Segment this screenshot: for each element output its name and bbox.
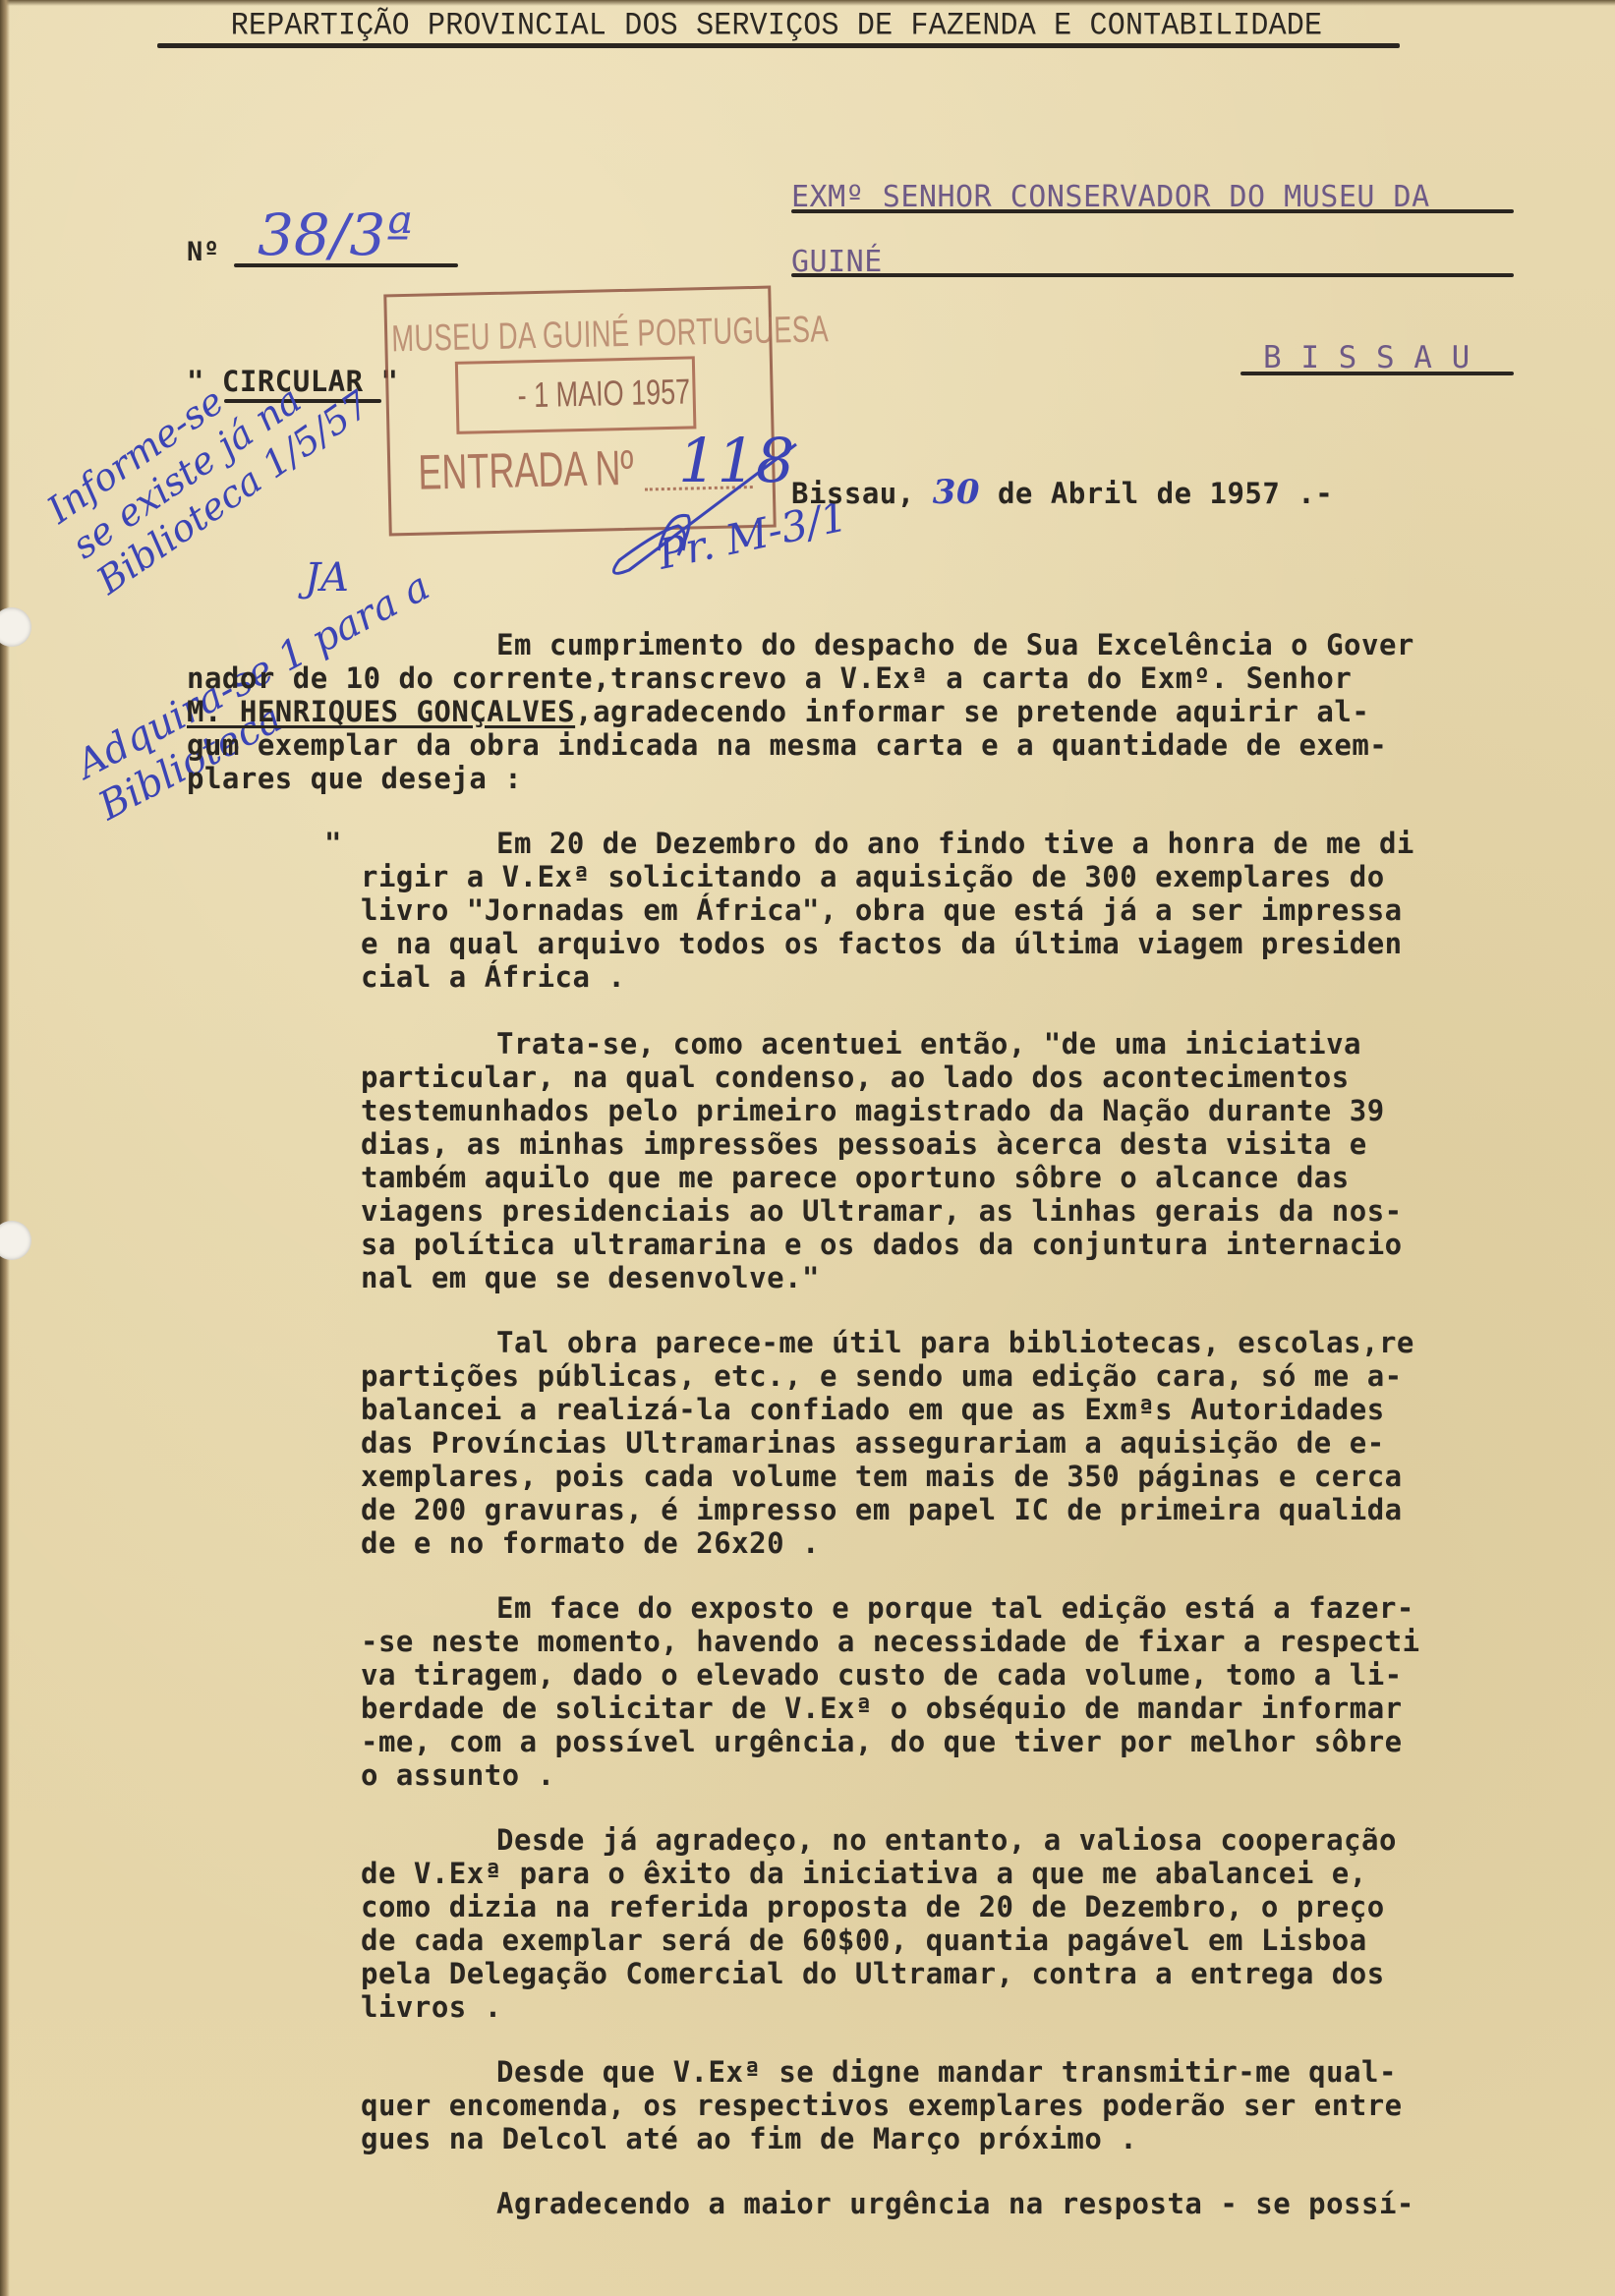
- paragraph-4-line-3: va tiragem, dado o elevado custo de cada…: [361, 1659, 1403, 1692]
- letterhead-rule: [157, 43, 1400, 48]
- paragraph-5-line-6: livros .: [361, 1991, 502, 2024]
- punch-hole-top: [0, 607, 31, 647]
- paragraph-2-line-1: Trata-se, como acentuei então, "de uma i…: [496, 1028, 1361, 1061]
- paragraph-1-line-1: Em 20 de Dezembro do ano findo tive a ho…: [496, 828, 1414, 860]
- paragraph-5-line-4: de cada exemplar será de 60$00, quantia …: [361, 1924, 1367, 1957]
- stamp-date-box: - 1 MAIO 1957: [455, 356, 697, 434]
- paragraph-2-line-3: testemunhados pelo primeiro magistrado d…: [361, 1095, 1385, 1127]
- paragraph-1-line-2: rigir a V.Exª solicitando a aquisição de…: [361, 861, 1385, 893]
- paragraph-1-line-5: cial a África .: [361, 961, 625, 994]
- intro-line-4: gum exemplar da obra indicada na mesma c…: [187, 729, 1387, 762]
- stamp-institution: MUSEU DA GUINÉ PORTUGUESA: [391, 309, 830, 361]
- intro-line-5: plares que deseja :: [187, 763, 522, 795]
- letterhead-title: REPARTIÇÃO PROVINCIAL DOS SERVIÇOS DE FA…: [157, 9, 1396, 45]
- intro-line-1: Em cumprimento do despacho de Sua Excelê…: [496, 629, 1414, 661]
- paragraph-1-line-4: e na qual arquivo todos os factos da últ…: [361, 928, 1403, 960]
- paragraph-2-line-4: dias, as minhas impressões pessoais àcer…: [361, 1128, 1367, 1161]
- paragraph-3-line-5: xemplares, pois cada volume tem mais de …: [361, 1461, 1403, 1493]
- paragraph-3-line-7: de e no formato de 26x20 .: [361, 1527, 820, 1560]
- paragraph-4-line-1: Em face do exposto e porque tal edição e…: [496, 1592, 1414, 1625]
- paragraph-6-line-1: Desde que V.Exª se digne mandar transmit…: [496, 2056, 1397, 2089]
- paragraph-4-line-2: -se neste momento, havendo a necessidade…: [361, 1626, 1420, 1658]
- punch-hole-bottom: [0, 1221, 31, 1260]
- addressee-rule-1: [791, 209, 1514, 213]
- addressee-city: B I S S A U: [1263, 342, 1471, 374]
- intro-line-2: nador de 10 do corrente,transcrevo a V.E…: [187, 662, 1352, 695]
- paragraph-2-line-8: nal em que se desenvolve.": [361, 1262, 820, 1294]
- paragraph-3-line-2: partições públicas, etc., e sendo uma ed…: [361, 1360, 1403, 1393]
- paragraph-5-line-3: como dizia na referida proposta de 20 de…: [361, 1891, 1385, 1923]
- date-line: Bissau, 30 de Abril de 1957 .-: [791, 477, 1333, 510]
- paragraph-4-line-5: -me, com a possível urgência, do que tiv…: [361, 1726, 1403, 1758]
- addressee-rule-2: [791, 273, 1514, 277]
- intro-line-3-rest: ,agradecendo informar se pretende aquiri…: [575, 695, 1369, 728]
- paragraph-4-line-6: o assunto .: [361, 1759, 555, 1792]
- paragraph-2-line-6: viagens presidenciais ao Ultramar, as li…: [361, 1195, 1403, 1228]
- addressee-city-rule: [1240, 372, 1514, 375]
- paragraph-3-line-3: balancei a realizá-la confiado em que as…: [361, 1394, 1385, 1426]
- paragraph-5-line-2: de V.Exª para o êxito da iniciativa a qu…: [361, 1858, 1367, 1890]
- reference-number-rule: [234, 263, 458, 267]
- paragraph-2-line-7: sa política ultramarina e os dados da co…: [361, 1229, 1403, 1261]
- page-top-edge: [0, 0, 1615, 6]
- paragraph-5-line-5: pela Delegação Comercial do Ultramar, co…: [361, 1958, 1385, 1990]
- margin-annotation-1-initials: JA: [305, 555, 349, 601]
- paragraph-1-line-3: livro "Jornadas em África", obra que est…: [361, 894, 1403, 927]
- paragraph-3-line-1: Tal obra parece-me útil para bibliotecas…: [496, 1327, 1414, 1359]
- open-quote: ": [324, 828, 342, 860]
- date-place: Bissau,: [791, 477, 915, 510]
- intro-line-3: M. HENRIQUES GONÇALVES,agradecendo infor…: [187, 696, 1369, 728]
- paragraph-3-line-6: de 200 gravuras, é impresso em papel IC …: [361, 1494, 1403, 1526]
- paragraph-6-line-3: gues na Delcol até ao fim de Março próxi…: [361, 2123, 1137, 2155]
- paragraph-6-line-2: quer encomenda, os respectivos exemplare…: [361, 2090, 1403, 2122]
- date-rest: de Abril de 1957 .-: [980, 477, 1333, 510]
- stamp-date: - 1 MAIO 1957: [517, 371, 690, 416]
- paragraph-2-line-2: particular, na qual condenso, ao lado do…: [361, 1062, 1350, 1094]
- reference-number-value: 38/3ª: [258, 201, 413, 268]
- date-day-handwritten: 30: [933, 473, 980, 512]
- paragraph-4-line-4: berdade de solicitar de V.Exª o obséquio…: [361, 1693, 1403, 1725]
- page-left-edge: [0, 0, 10, 2296]
- paragraph-2-line-5: também aquilo que me parece oportuno sôb…: [361, 1162, 1350, 1194]
- reference-number-label: Nº: [187, 236, 220, 268]
- paragraph-7-line-1: Agradecendo a maior urgência na resposta…: [496, 2188, 1414, 2220]
- paragraph-3-line-4: das Províncias Ultramarinas assegurariam…: [361, 1427, 1385, 1460]
- author-name: M. HENRIQUES GONÇALVES: [187, 695, 575, 728]
- paragraph-5-line-1: Desde já agradeço, no entanto, a valiosa…: [496, 1824, 1397, 1857]
